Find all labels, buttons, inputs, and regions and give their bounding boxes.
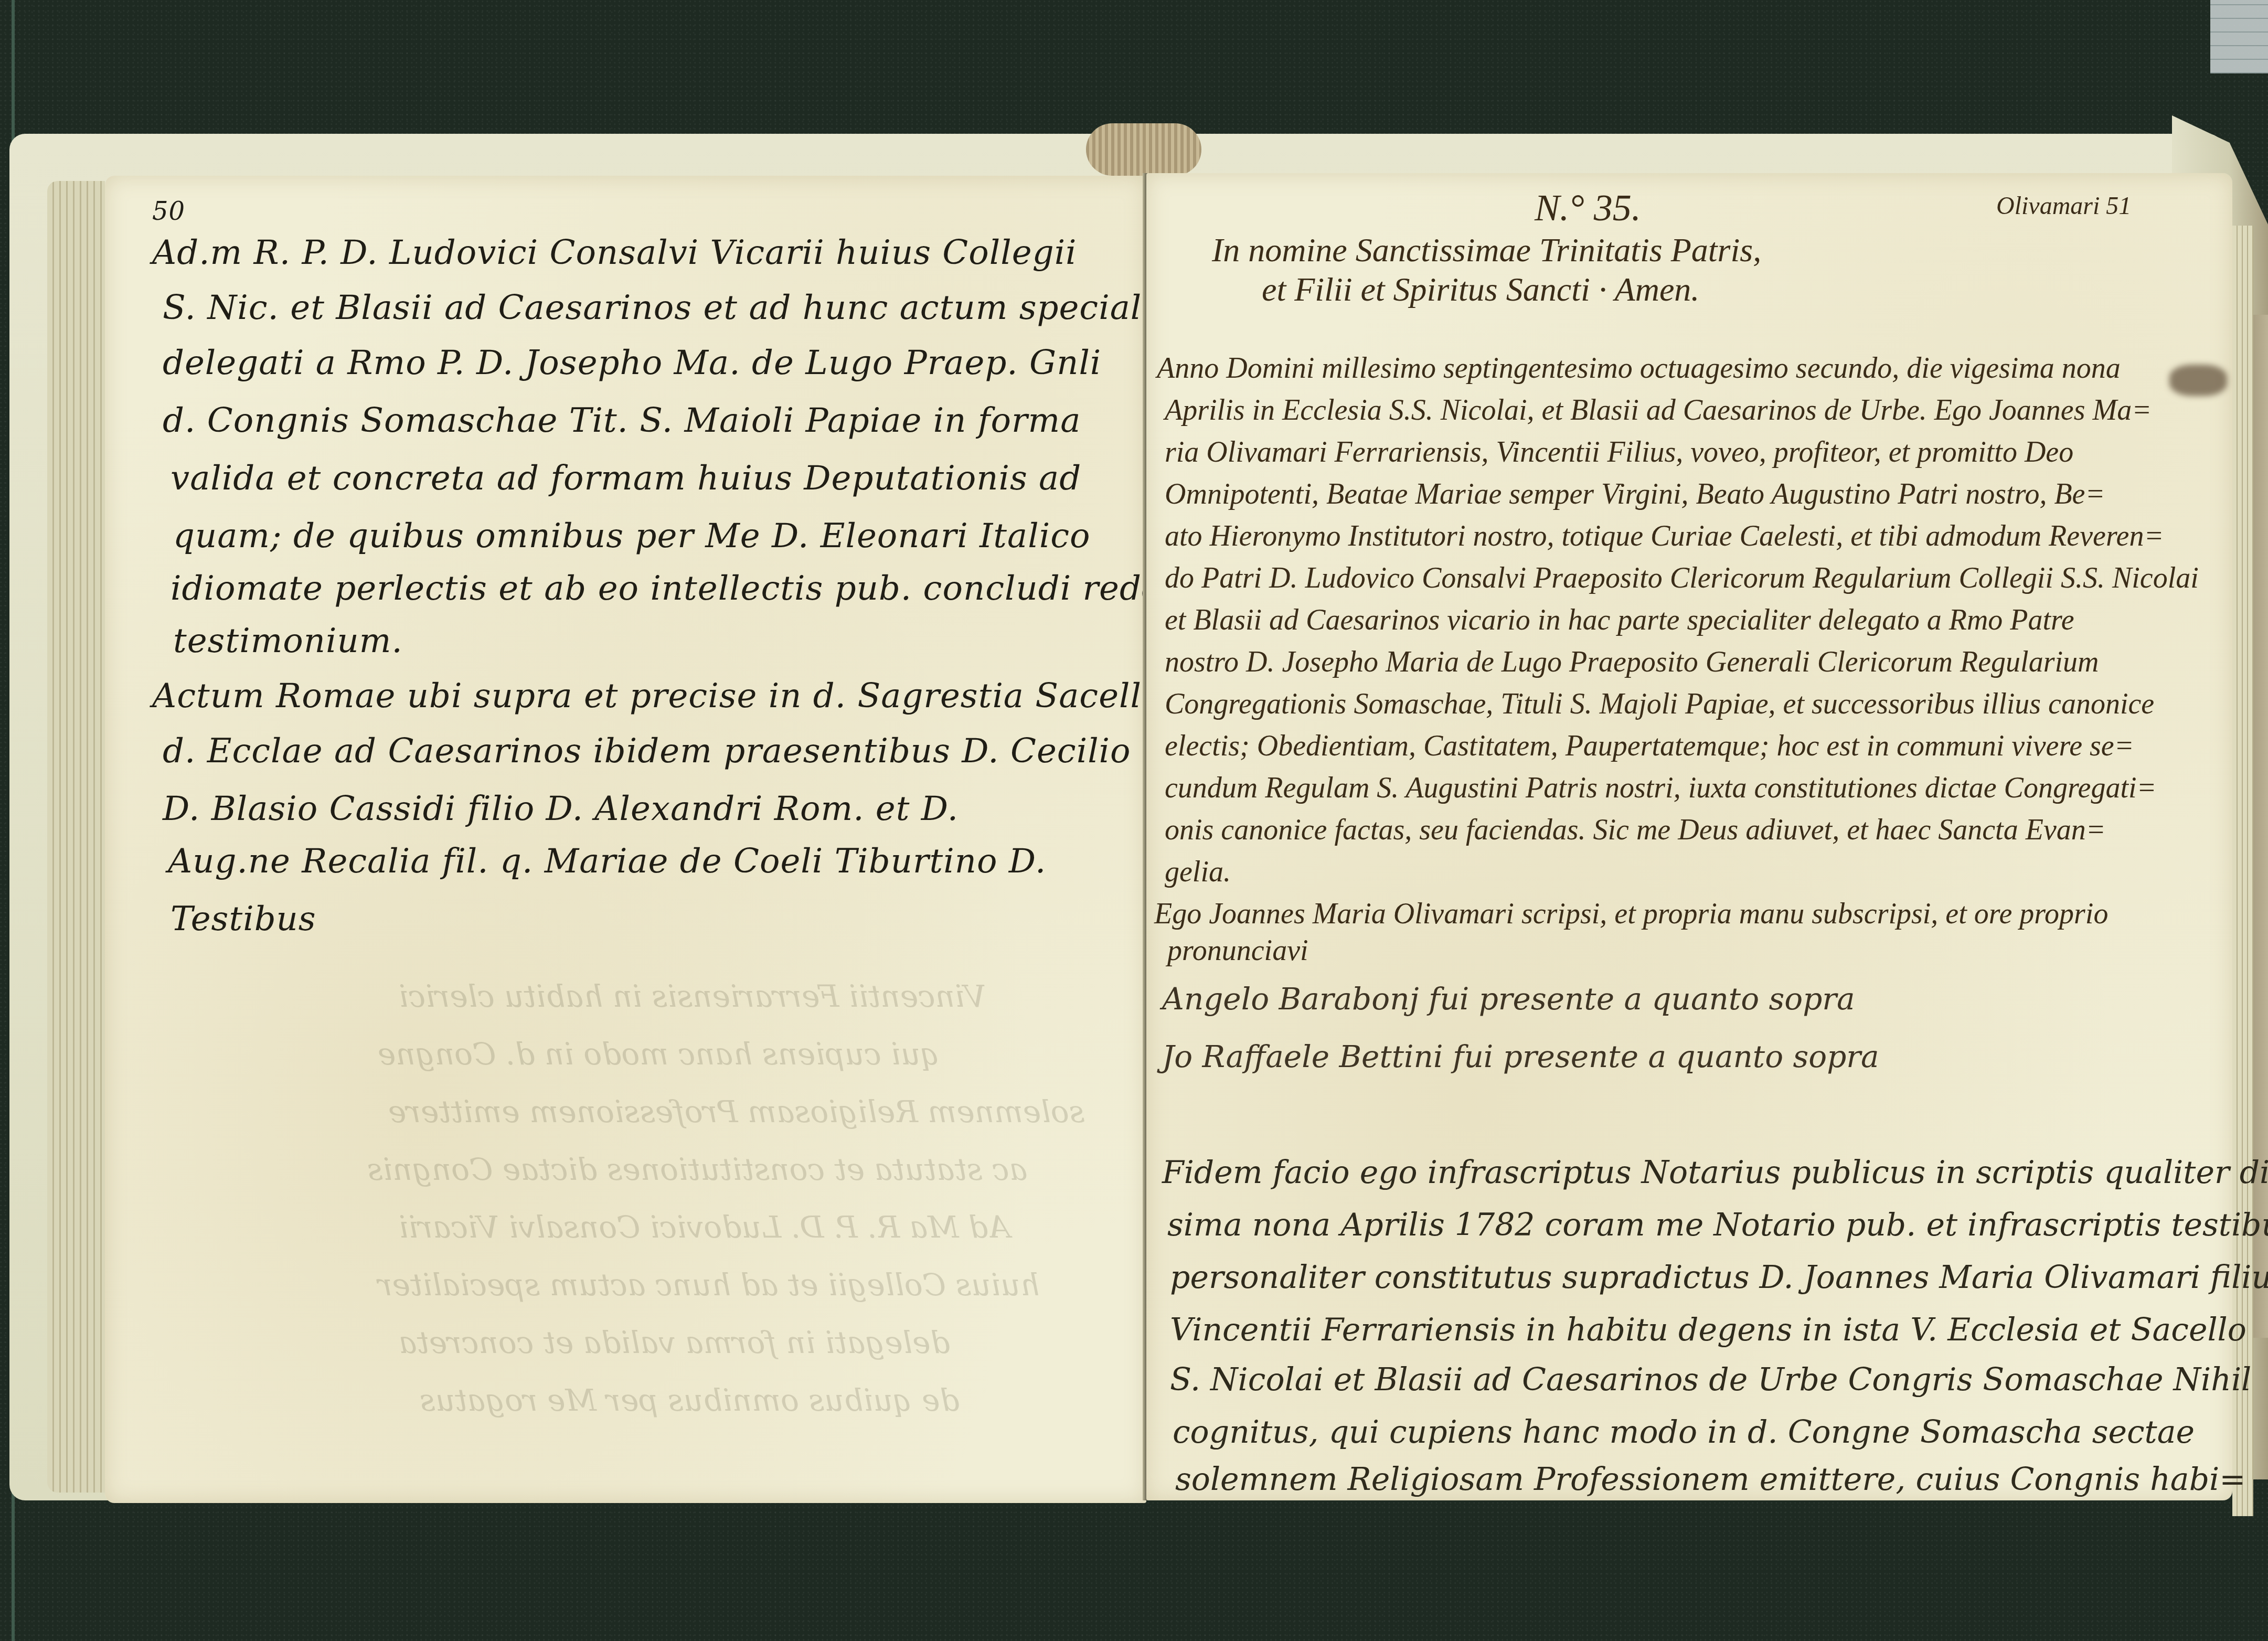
notary-line: cognitus, qui cupiens hanc modo in d. Co… <box>1173 1414 2195 1451</box>
profession-line: et Blasii ad Caesarinos vicario in hac p… <box>1165 603 2074 637</box>
text-line: Actum Romae ubi supra et precise in d. S… <box>152 677 1163 716</box>
text-line: S. Nic. et Blasii ad Caesarinos et ad hu… <box>163 289 1204 327</box>
bleed-through-text: delegati in forma valida et concreta <box>399 1325 950 1360</box>
text-line: d. Congnis Somaschae Tit. S. Maioli Papi… <box>163 401 1081 440</box>
profession-line: Omnipotenti, Beatae Mariae semper Virgin… <box>1165 477 2105 511</box>
text-line: D. Blasio Cassidi filio D. Alexandri Rom… <box>163 790 959 828</box>
entry-number: N.° 35. <box>1535 186 1641 230</box>
ink-blot <box>2169 365 2227 396</box>
left-page: 50 Ad.m R. P. D. Ludovici Consalvi Vicar… <box>105 176 1146 1503</box>
scanner-grid-corner <box>2210 0 2268 73</box>
page-block-edges-left <box>47 181 105 1493</box>
profession-line: onis canonice factas, seu faciendas. Sic… <box>1165 813 2106 847</box>
bleed-through-text: Ad Ma R. P. D. Ludovici Consalvi Vicarii <box>399 1209 1010 1245</box>
text-line: Aug.ne Recalia fil. q. Mariae de Coeli T… <box>168 842 1046 881</box>
profession-line: do Patri D. Ludovico Consalvi Praeposito… <box>1165 561 2199 595</box>
text-line: quam; de quibus omnibus per Me D. Eleona… <box>173 517 1091 556</box>
bleed-through-text: huius Collegii et ad hunc actum speciali… <box>378 1267 1040 1303</box>
page-number: 50 <box>152 197 185 226</box>
subscription-line: pronunciavi <box>1167 934 1308 967</box>
notary-line: sima nona Aprilis 1782 coram me Notario … <box>1167 1207 2268 1243</box>
text-line: delegati a Rmo P. D. Josepho Ma. de Lugo… <box>163 344 1101 382</box>
bleed-through-text: ac statuta et constitutiones dictae Cong… <box>367 1152 1027 1187</box>
text-line: valida et concreta ad formam huius Deput… <box>171 459 1081 498</box>
notary-line: Fidem facio ego infrascriptus Notarius p… <box>1162 1154 2268 1191</box>
bleed-through-text: de quibus omnibus per Me rogatus <box>420 1382 960 1418</box>
subscription-line: Ego Joannes Maria Olivamari scripsi, et … <box>1154 897 2108 931</box>
notary-line: personaliter constitutus supradictus D. … <box>1170 1259 2268 1296</box>
profession-line: ato Hieronymo Institutori nostro, totiqu… <box>1165 519 2164 553</box>
right-page: N.° 35. Olivamari 51 In nomine Sanctissi… <box>1146 173 2232 1500</box>
text-line: idiomate perlectis et ab eo intellectis … <box>171 569 1184 608</box>
notary-line: solemnem Religiosam Professionem emitter… <box>1175 1461 2246 1498</box>
witness-signature: Angelo Barabonj fui presente a quanto so… <box>1162 981 1855 1017</box>
bleed-through-text: Vincentii Ferrariensis in habitu clerici <box>399 978 986 1014</box>
profession-line: Congregationis Somaschae, Tituli S. Majo… <box>1165 687 2154 721</box>
witness-signature: Jo Raffaele Bettini fui presente a quant… <box>1162 1039 1879 1074</box>
text-line: Ad.m R. P. D. Ludovici Consalvi Vicarii … <box>152 233 1077 272</box>
corner-annotation: Olivamari 51 <box>1996 191 2131 220</box>
bleed-through-text: solemnem Religiosam Professionem emitter… <box>388 1094 1085 1129</box>
profession-line: nostro D. Josepho Maria de Lugo Praeposi… <box>1165 645 2099 679</box>
bleed-through-text: qui cupiens hanc modo in d. Congne <box>378 1036 940 1072</box>
invocation-line: In nomine Sanctissimae Trinitatis Patris… <box>1212 231 1761 270</box>
profession-line: gelia. <box>1165 855 1231 889</box>
binding-cord-knot <box>1086 123 1201 176</box>
notary-line: S. Nicolai et Blasii ad Caesarinos de Ur… <box>1170 1361 2251 1398</box>
profession-line: electis; Obedientiam, Castitatem, Pauper… <box>1165 729 2134 763</box>
text-line: d. Ecclae ad Caesarinos ibidem praesenti… <box>163 732 1264 771</box>
profession-line: Aprilis in Ecclesia S.S. Nicolai, et Bla… <box>1165 393 2152 427</box>
invocation-line: et Filii et Spiritus Sancti · Amen. <box>1262 270 1699 309</box>
notary-line: Vincentii Ferrariensis in habitu degens … <box>1170 1312 2246 1348</box>
profession-line: ria Olivamari Ferrariensis, Vincentii Fi… <box>1165 435 2073 469</box>
profession-line: Anno Domini millesimo septingentesimo oc… <box>1157 351 2121 385</box>
text-line: testimonium. <box>173 622 403 660</box>
profession-line: cundum Regulam S. Augustini Patris nostr… <box>1165 771 2156 805</box>
text-line: Testibus <box>171 900 316 939</box>
